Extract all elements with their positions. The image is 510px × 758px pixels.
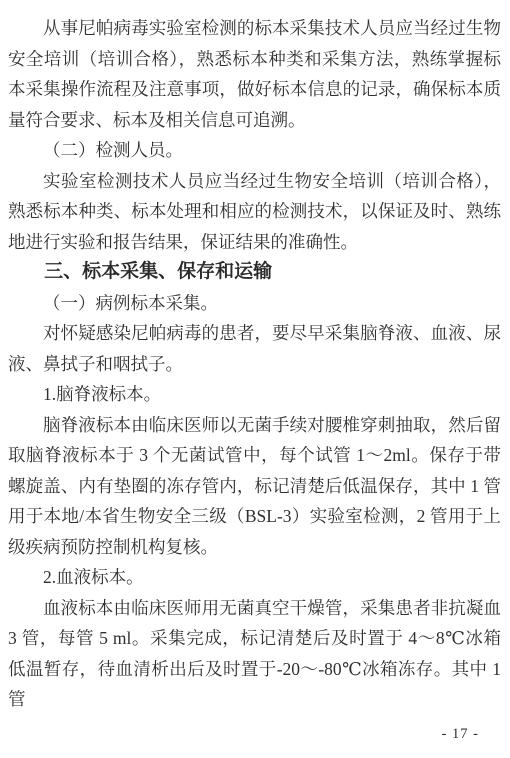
paragraph-specimen-types-to-collect: 对怀疑感染尼帕病毒的患者，要尽早采集脑脊液、血液、尿液、鼻拭子和咽拭子。	[8, 318, 501, 379]
paragraph-blood-collection-procedure: 血液标本由临床医师用无菌真空干燥管，采集患者非抗凝血 3 管，每管 5 ml。采…	[8, 593, 501, 715]
item-heading-blood-specimen: 2.血液标本。	[8, 562, 501, 593]
section-heading-specimen-collection-storage-transport: 三、标本采集、保存和运输	[8, 257, 501, 288]
subheading-2-testing-personnel: （二）检测人员。	[8, 135, 501, 166]
item-heading-csf-specimen: 1.脑脊液标本。	[8, 379, 501, 410]
paragraph-csf-collection-procedure: 脑脊液标本由临床医师以无菌手续对腰椎穿刺抽取，然后留取脑脊液标本于 3 个无菌试…	[8, 410, 501, 563]
page-number: - 17 -	[442, 726, 479, 743]
subheading-1-case-specimen-collection: （一）病例标本采集。	[8, 288, 501, 319]
document-content: 从事尼帕病毒实验室检测的标本采集技术人员应当经过生物安全培训（培训合格），熟悉标…	[8, 13, 501, 715]
document-page: 从事尼帕病毒实验室检测的标本采集技术人员应当经过生物安全培训（培训合格），熟悉标…	[0, 0, 510, 758]
paragraph-collector-training: 从事尼帕病毒实验室检测的标本采集技术人员应当经过生物安全培训（培训合格），熟悉标…	[8, 13, 501, 135]
paragraph-testing-personnel-training: 实验室检测技术人员应当经过生物安全培训（培训合格），熟悉标本种类、标本处理和相应…	[8, 166, 501, 258]
